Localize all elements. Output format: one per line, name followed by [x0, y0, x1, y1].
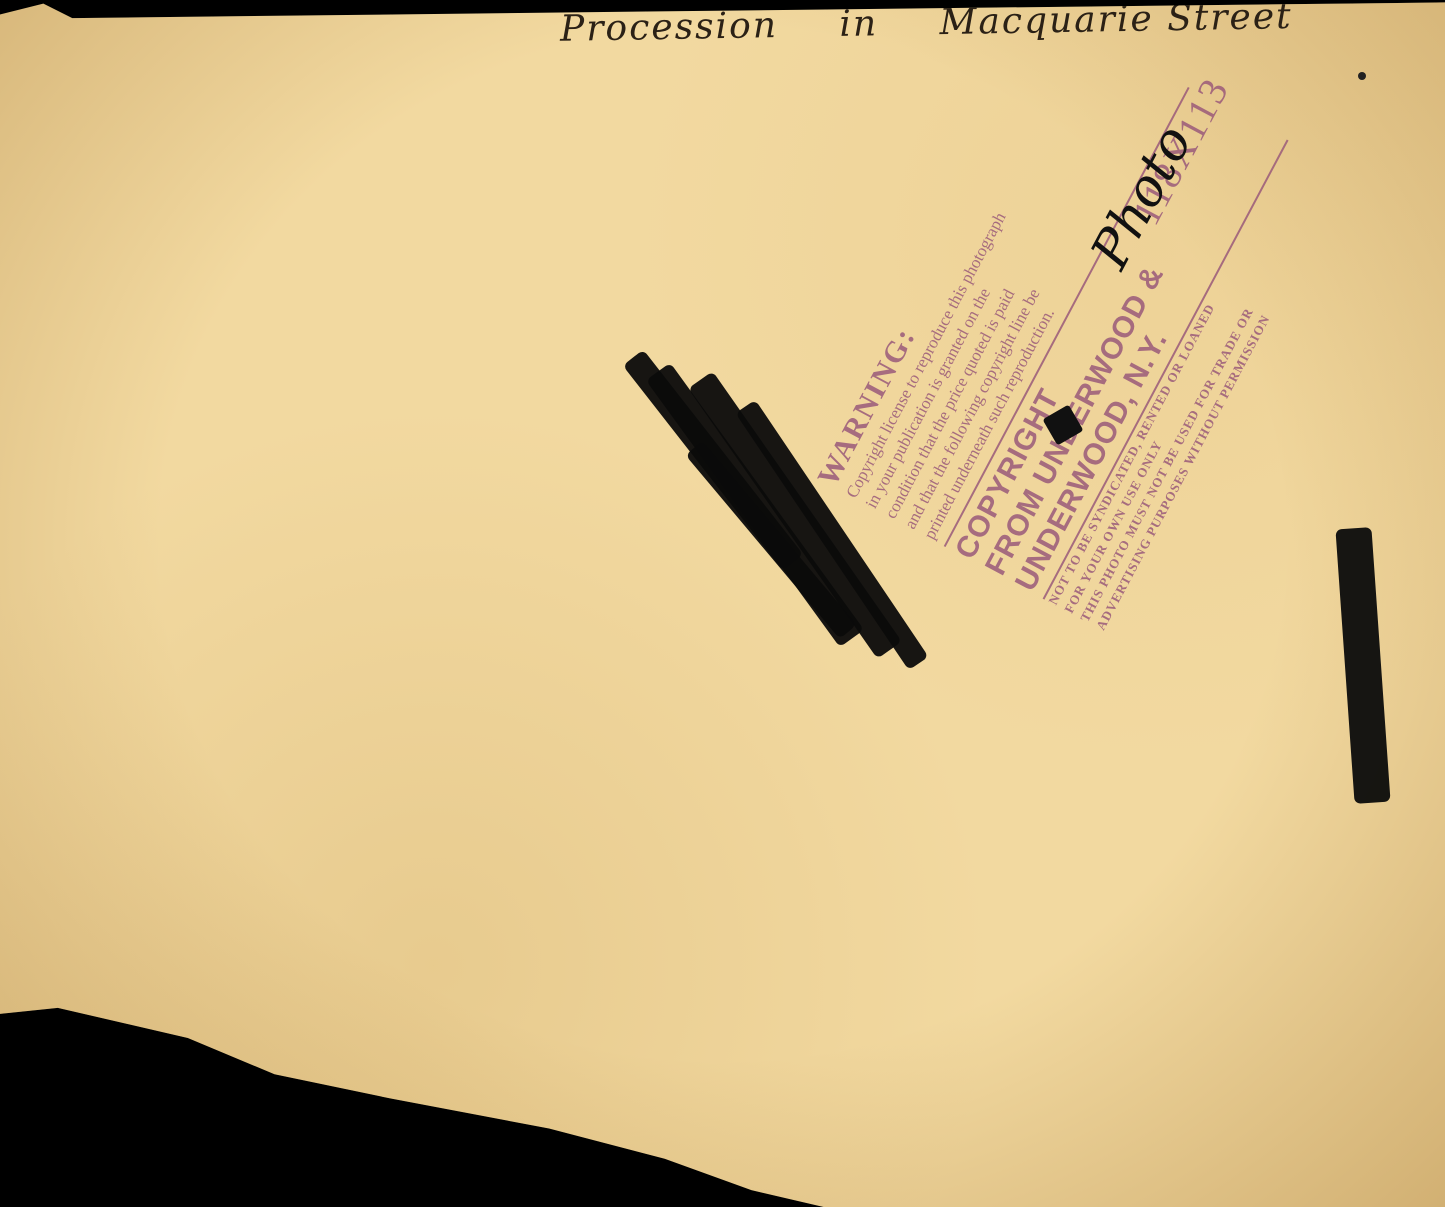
photo-back-paper: Procession in Macquarie Street WARNING: … — [0, 0, 1445, 1207]
ink-spot — [1358, 72, 1366, 80]
crayon-vertical-mark — [1335, 527, 1390, 804]
caption-word-2: in — [839, 3, 878, 45]
copyright-stamp: WARNING: Copyright license to reproduce … — [811, 87, 1388, 673]
handwritten-caption: Procession in Macquarie Street — [560, 0, 1341, 50]
caption-word-3: Macquarie Street — [939, 0, 1293, 43]
caption-word-1: Procession — [560, 5, 779, 50]
